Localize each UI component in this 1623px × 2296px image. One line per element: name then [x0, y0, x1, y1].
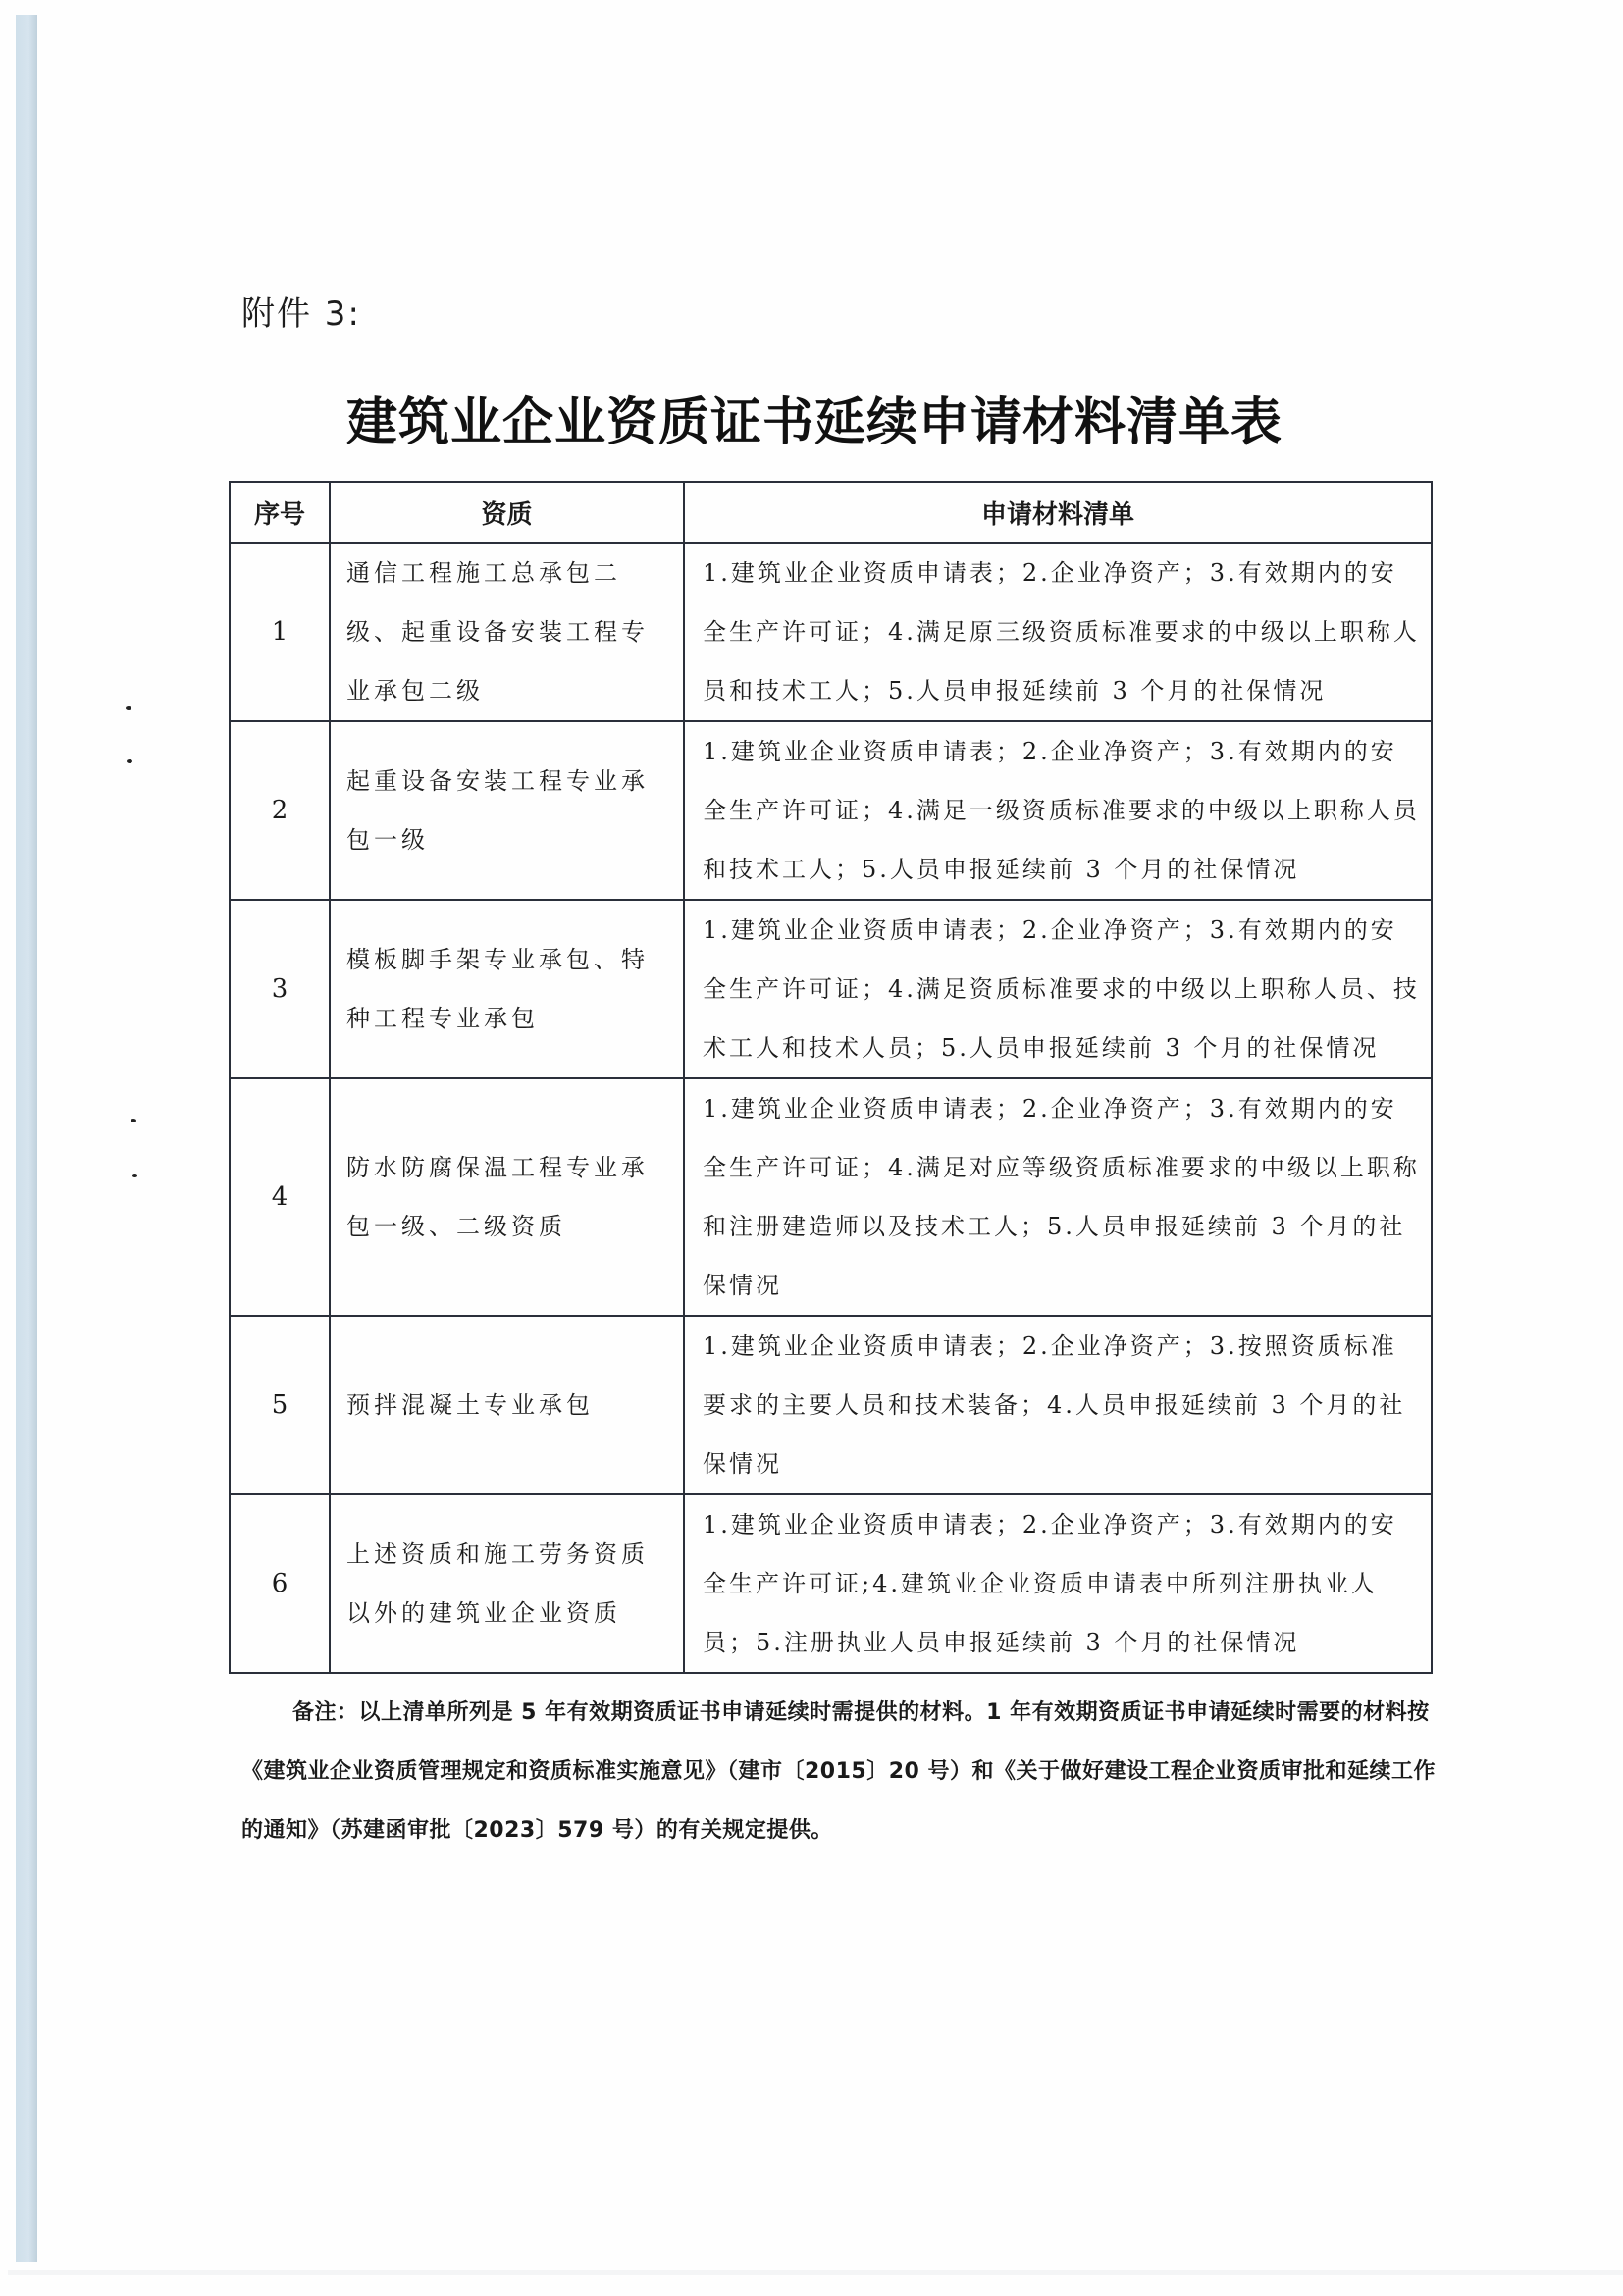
table-row: 2 起重设备安装工程专业承包一级 1.建筑业企业资质申请表；2.企业净资产；3.… — [230, 721, 1432, 900]
row-qualification: 起重设备安装工程专业承包一级 — [330, 721, 684, 900]
row-materials: 1.建筑业企业资质申请表；2.企业净资产；3.按照资质标准要求的主要人员和技术装… — [684, 1316, 1432, 1494]
scanned-page: 附件 3: 建筑业企业资质证书延续申请材料清单表 序号 资质 申请材料清单 1 … — [0, 0, 1623, 2296]
footnote-text: 备注：以上清单所列是 5 年有效期资质证书申请延续时需提供的材料。1 年有效期资… — [241, 1700, 1436, 1843]
row-qualification: 上述资质和施工劳务资质以外的建筑业企业资质 — [330, 1494, 684, 1673]
table-row: 1 通信工程施工总承包二级、起重设备安装工程专业承包二级 1.建筑业企业资质申请… — [230, 543, 1432, 721]
footnote: 备注：以上清单所列是 5 年有效期资质证书申请延续时需提供的材料。1 年有效期资… — [241, 1684, 1439, 1860]
row-index: 5 — [230, 1316, 330, 1494]
header-materials: 申请材料清单 — [684, 482, 1432, 543]
attachment-label: 附件 3: — [241, 287, 361, 335]
row-index: 6 — [230, 1494, 330, 1673]
row-index: 2 — [230, 721, 330, 900]
row-materials: 1.建筑业企业资质申请表；2.企业净资产；3.有效期内的安全生产许可证；4.满足… — [684, 900, 1432, 1078]
row-materials: 1.建筑业企业资质申请表；2.企业净资产；3.有效期内的安全生产许可证；4.满足… — [684, 543, 1432, 721]
row-materials: 1.建筑业企业资质申请表；2.企业净资产；3.有效期内的安全生产许可证；4.满足… — [684, 721, 1432, 900]
table-row: 4 防水防腐保温工程专业承包一级、二级资质 1.建筑业企业资质申请表；2.企业净… — [230, 1078, 1432, 1316]
table-header-row: 序号 资质 申请材料清单 — [230, 482, 1432, 543]
header-qualification: 资质 — [330, 482, 684, 543]
row-qualification: 预拌混凝土专业承包 — [330, 1316, 684, 1494]
row-materials: 1.建筑业企业资质申请表；2.企业净资产；3.有效期内的安全生产许可证;4.建筑… — [684, 1494, 1432, 1673]
row-qualification: 防水防腐保温工程专业承包一级、二级资质 — [330, 1078, 684, 1316]
row-qualification: 模板脚手架专业承包、特种工程专业承包 — [330, 900, 684, 1078]
table-row: 3 模板脚手架专业承包、特种工程专业承包 1.建筑业企业资质申请表；2.企业净资… — [230, 900, 1432, 1078]
table-row: 6 上述资质和施工劳务资质以外的建筑业企业资质 1.建筑业企业资质申请表；2.企… — [230, 1494, 1432, 1673]
header-index: 序号 — [230, 482, 330, 543]
scan-artifact-dot — [131, 1119, 136, 1122]
binding-edge-strip — [16, 15, 37, 2262]
row-index: 3 — [230, 900, 330, 1078]
row-materials: 1.建筑业企业资质申请表；2.企业净资产；3.有效期内的安全生产许可证；4.满足… — [684, 1078, 1432, 1316]
scan-artifact-dot — [132, 1174, 137, 1177]
row-index: 4 — [230, 1078, 330, 1316]
scan-artifact-dot — [127, 759, 132, 763]
row-index: 1 — [230, 543, 330, 721]
table-row: 5 预拌混凝土专业承包 1.建筑业企业资质申请表；2.企业净资产；3.按照资质标… — [230, 1316, 1432, 1494]
materials-checklist-table: 序号 资质 申请材料清单 1 通信工程施工总承包二级、起重设备安装工程专业承包二… — [229, 481, 1433, 1674]
scan-artifact-dot — [126, 706, 131, 710]
page-bottom-edge — [8, 2270, 1623, 2275]
page-title: 建筑业企业资质证书延续申请材料清单表 — [226, 381, 1403, 454]
row-qualification: 通信工程施工总承包二级、起重设备安装工程专业承包二级 — [330, 543, 684, 721]
